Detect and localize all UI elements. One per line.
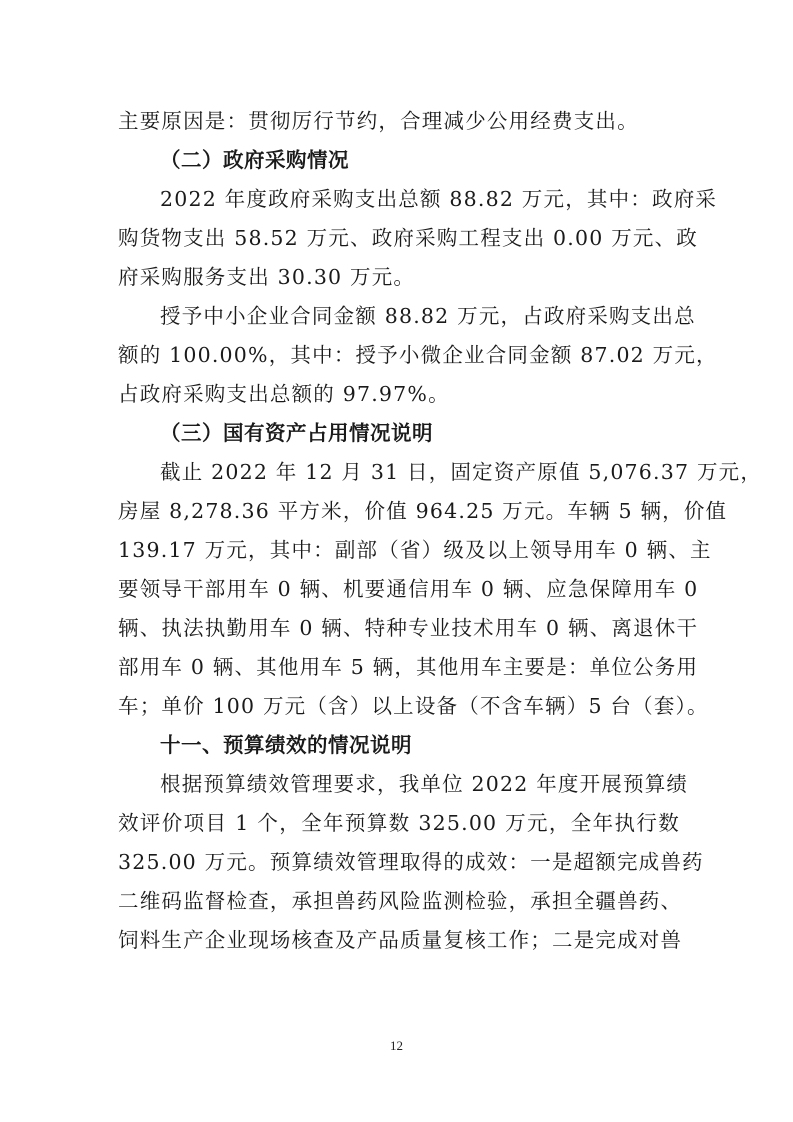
paragraph-line: 主要原因是：贯彻厉行节约，合理减少公用经费支出。 xyxy=(118,102,680,141)
paragraph-line: 辆、执法执勤用车 0 辆、特种专业技术用车 0 辆、离退休干 xyxy=(118,609,680,648)
paragraph-line: 房屋 8,278.36 平方米，价值 964.25 万元。车辆 5 辆，价值 xyxy=(118,492,680,531)
paragraph-line: 325.00 万元。预算绩效管理取得的成效：一是超额完成兽药 xyxy=(118,843,680,882)
paragraph-line: 2022 年度政府采购支出总额 88.82 万元，其中：政府采 xyxy=(118,180,680,219)
section-heading-government-procurement: （二）政府采购情况 xyxy=(118,141,680,180)
paragraph-line: 效评价项目 1 个，全年预算数 325.00 万元，全年执行数 xyxy=(118,804,680,843)
paragraph-line: 府采购服务支出 30.30 万元。 xyxy=(118,258,680,297)
paragraph-line: 额的 100.00%，其中：授予小微企业合同金额 87.02 万元， xyxy=(118,336,680,375)
paragraph-line: 占政府采购支出总额的 97.97%。 xyxy=(118,375,680,414)
section-heading-budget-performance: 十一、预算绩效的情况说明 xyxy=(118,726,680,765)
paragraph-line: 二维码监督检查，承担兽药风险监测检验，承担全疆兽药、 xyxy=(118,882,680,921)
paragraph-line: 车；单价 100 万元（含）以上设备（不含车辆）5 台（套）。 xyxy=(118,687,680,726)
paragraph-line: 截止 2022 年 12 月 31 日，固定资产原值 5,076.37 万元， xyxy=(118,453,680,492)
page-number: 12 xyxy=(0,1038,793,1054)
section-heading-state-assets: （三）国有资产占用情况说明 xyxy=(118,414,680,453)
paragraph-line: 授予中小企业合同金额 88.82 万元，占政府采购支出总 xyxy=(118,297,680,336)
paragraph-line: 部用车 0 辆、其他用车 5 辆，其他用车主要是：单位公务用 xyxy=(118,648,680,687)
document-page: 主要原因是：贯彻厉行节约，合理减少公用经费支出。 （二）政府采购情况 2022 … xyxy=(118,102,680,960)
paragraph-line: 饲料生产企业现场核查及产品质量复核工作；二是完成对兽 xyxy=(118,921,680,960)
paragraph-line: 139.17 万元，其中：副部（省）级及以上领导用车 0 辆、主 xyxy=(118,531,680,570)
paragraph-line: 根据预算绩效管理要求，我单位 2022 年度开展预算绩 xyxy=(118,765,680,804)
paragraph-line: 要领导干部用车 0 辆、机要通信用车 0 辆、应急保障用车 0 xyxy=(118,570,680,609)
paragraph-line: 购货物支出 58.52 万元、政府采购工程支出 0.00 万元、政 xyxy=(118,219,680,258)
